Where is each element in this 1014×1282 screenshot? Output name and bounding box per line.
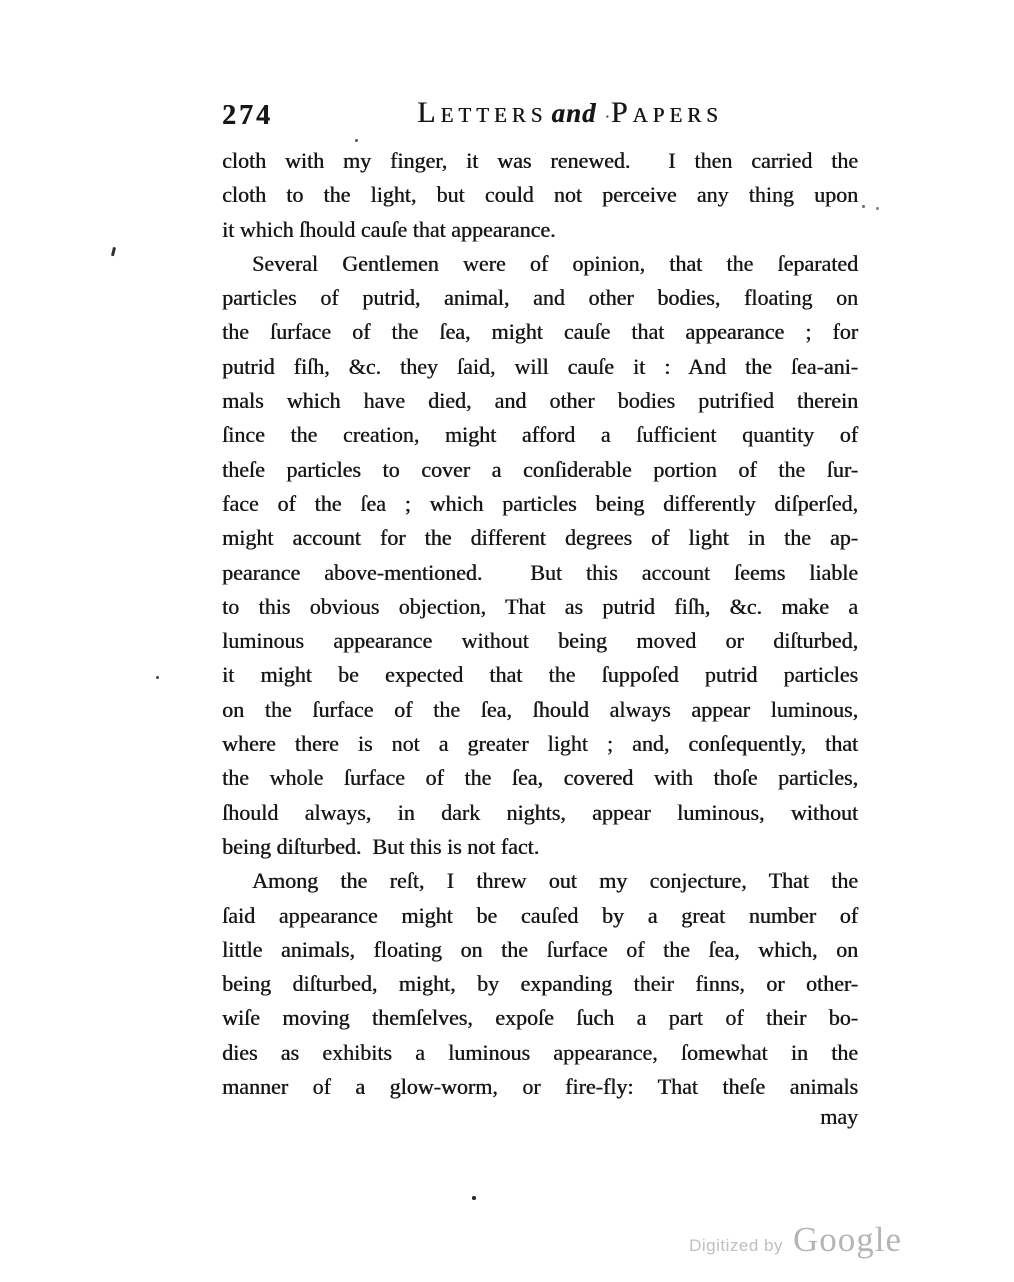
text-line: pearance above-mentioned. But this accou… [222, 556, 858, 590]
text-line: mals which have died, and other bodies p… [222, 384, 858, 418]
running-title: LETTERSand·PAPERS [252, 96, 888, 130]
text-line: it which ſhould cauſe that appearance. [222, 213, 858, 247]
text-line: on the ſurface of the ſea, ſhould always… [222, 693, 858, 727]
scan-artifact [472, 1196, 476, 1200]
text-line: might account for the different degrees … [222, 521, 858, 555]
ink-speck-mark: · [604, 109, 609, 126]
text-line: being diſturbed, might, by expanding the… [222, 967, 858, 1001]
text-line: it might be expected that the ſuppoſed p… [222, 658, 858, 692]
title-word2-rest: APERS [633, 103, 723, 127]
title-conjunction: and [551, 98, 596, 128]
scan-artifact [876, 207, 879, 210]
text-line: the ſurface of the ſea, might cauſe that… [222, 315, 858, 349]
text-line: to this obvious objection, That as putri… [222, 590, 858, 624]
text-line: manner of a glow-worm, or fire-fly: That… [222, 1070, 858, 1104]
text-line: dies as exhibits a luminous appearance, … [222, 1036, 858, 1070]
text-line: putrid fiſh, &c. they ſaid, will cauſe i… [222, 350, 858, 384]
text-line: the whole ſurface of the ſea, covered wi… [222, 761, 858, 795]
scan-artifact [156, 676, 159, 679]
scan-artifact [862, 205, 865, 208]
text-line: ſince the creation, might afford a ſuffi… [222, 418, 858, 452]
text-line: cloth to the light, but could not percei… [222, 178, 858, 212]
text-line: where there is not a greater light ; and… [222, 727, 858, 761]
google-watermark: Digitized by Google [689, 1220, 902, 1260]
book-page: 274 LETTERSand·PAPERS cloth with my fing… [0, 0, 1014, 1282]
scan-artifact [111, 247, 116, 256]
text-line: luminous appearance without being moved … [222, 624, 858, 658]
text-line: ſhould always, in dark nights, appear lu… [222, 796, 858, 830]
title-word2-initial: P [611, 96, 633, 129]
text-line: little animals, floating on the ſurface … [222, 933, 858, 967]
title-word1-initial: L [417, 96, 440, 129]
text-line: Several Gentlemen were of opinion, that … [222, 247, 858, 281]
digitized-by-label: Digitized by [689, 1236, 783, 1256]
title-word1-rest: ETTERS [440, 103, 547, 127]
page-header: 274 LETTERSand·PAPERS [222, 96, 858, 138]
text-line: theſe particles to cover a conſiderable … [222, 453, 858, 487]
google-logo: Google [793, 1220, 902, 1260]
text-line: ſaid appearance might be cauſed by a gre… [222, 899, 858, 933]
text-line: cloth with my finger, it was renewed. I … [222, 144, 858, 178]
text-line: being diſturbed. But this is not fact. [222, 830, 858, 864]
page-text: cloth with my finger, it was renewed. I … [222, 144, 858, 1104]
text-line: particles of putrid, animal, and other b… [222, 281, 858, 315]
text-line: face of the ſea ; which particles being … [222, 487, 858, 521]
text-line: Among the reſt, I threw out my conjectur… [222, 864, 858, 898]
scan-artifact [355, 139, 358, 142]
catchword: may [222, 1104, 858, 1130]
text-line: wiſe moving themſelves, expoſe ſuch a pa… [222, 1001, 858, 1035]
